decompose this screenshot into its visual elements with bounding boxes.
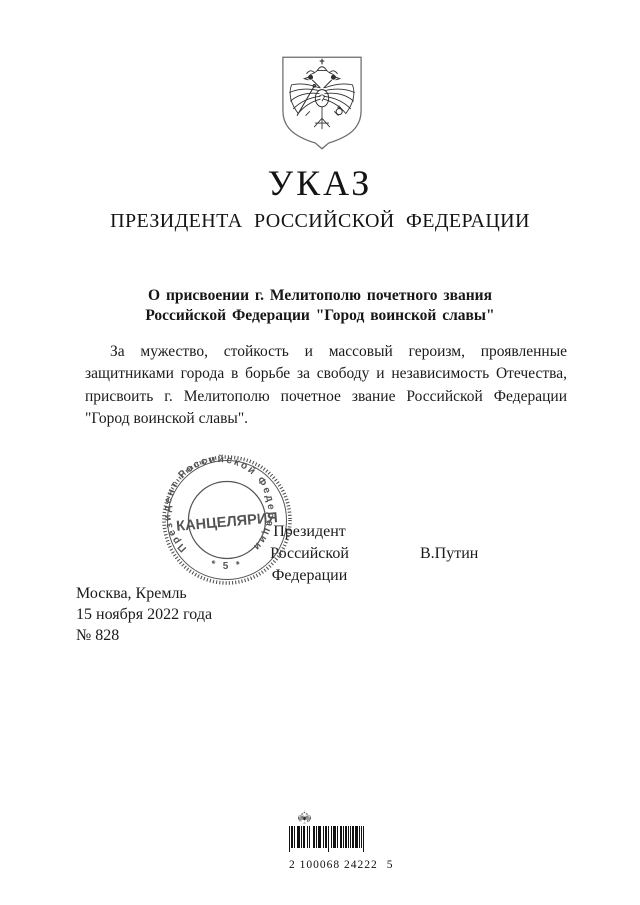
- decree-type-title: УКАЗ: [0, 165, 640, 201]
- decree-footer: Москва, Кремль 15 ноября 2022 года № 828: [76, 583, 212, 646]
- body-line: защитниками города в борьбе за свободу и…: [85, 363, 567, 385]
- svg-text:* 5 *: * 5 *: [209, 559, 244, 573]
- barcode-check-digit: 5: [387, 859, 394, 871]
- decree-subject: О присвоении г. Мелитополю почетного зва…: [0, 286, 640, 325]
- body-line: За мужество, стойкость и массовый героиз…: [85, 341, 567, 363]
- subject-line-2: Российской Федерации "Город воинской сла…: [0, 306, 640, 326]
- stamp-bottom-text: * 5 *: [209, 559, 244, 573]
- svg-text:Президент Российской Федерации: Президент Российской Федерации: [162, 454, 276, 554]
- decree-page: УКАЗ ПРЕЗИДЕНТА РОССИЙСКОЙ ФЕДЕРАЦИИ О п…: [0, 0, 640, 905]
- stamp-ring-text: Президент Российской Федерации: [162, 454, 276, 554]
- footer-number: № 828: [76, 625, 212, 646]
- barcode-digits-main: 2 100068 24222: [289, 859, 378, 871]
- signature-name: В.Путин: [420, 543, 478, 565]
- body-line: "Город воинской славы".: [85, 408, 567, 430]
- registration-barcode: 2 100068 24222 5: [289, 826, 369, 871]
- footer-place: Москва, Кремль: [76, 583, 212, 604]
- chancellery-stamp: Президент Российской Федерации * 5 * КАН…: [159, 452, 295, 588]
- body-line: присвоить г. Мелитополю почетное звание …: [85, 386, 567, 408]
- footer-date: 15 ноября 2022 года: [76, 604, 212, 625]
- subject-line-1: О присвоении г. Мелитополю почетного зва…: [0, 286, 640, 306]
- decree-issuer-title: ПРЕЗИДЕНТА РОССИЙСКОЙ ФЕДЕРАЦИИ: [0, 209, 640, 233]
- decree-body-paragraph: За мужество, стойкость и массовый героиз…: [85, 341, 567, 431]
- russian-coat-of-arms-icon: [281, 54, 363, 152]
- barcode-digits: 2 100068 24222 5: [289, 859, 369, 871]
- barcode-bars: [289, 826, 367, 853]
- mini-eagle-icon: [296, 810, 313, 825]
